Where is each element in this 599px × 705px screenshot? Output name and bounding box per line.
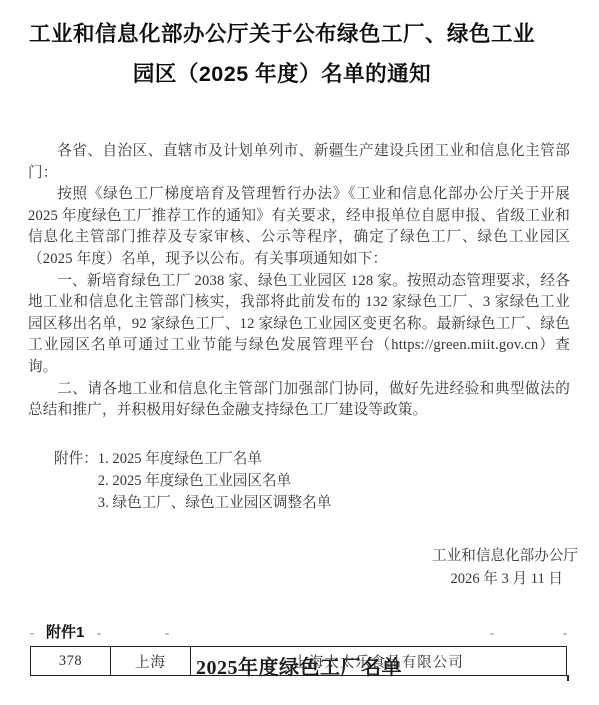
table-cell-region: 上海 <box>110 647 190 675</box>
signature-date: 2026 年 3 月 11 日 <box>28 568 578 591</box>
attachment-item-1: 1. 2025 年度绿色工厂名单 <box>98 448 332 470</box>
scan-artifact-dots <box>0 633 599 635</box>
paragraph-item-1: 一、新培育绿色工厂 2038 家、绿色工业园区 128 家。按照动态管理要求，经… <box>28 271 570 379</box>
salutation: 各省、自治区、直辖市及计划单列市、新疆生产建设兵团工业和信息化主管部门： <box>28 141 570 184</box>
table-cell-serial-number: 378 <box>30 647 110 675</box>
attachments-label: 附件： <box>54 448 98 514</box>
notice-document-page: 工业和信息化部办公厅关于公布绿色工厂、绿色工业 园区（2025 年度）名单的通知… <box>0 0 599 705</box>
signature-issuer: 工业和信息化部办公厅 <box>28 545 578 568</box>
paragraph-item-2: 二、请各地工业和信息化主管部门加强部门协同，做好先进经验和典型做法的总结和推广，… <box>28 379 570 422</box>
notice-body: 各省、自治区、直辖市及计划单列市、新疆生产建设兵团工业和信息化主管部门： 按照《… <box>28 141 570 422</box>
paragraph-intro: 按照《绿色工厂梯度培育及管理暂行办法》《工业和信息化部办公厅关于开展 2025 … <box>28 184 570 270</box>
document-title-line-1: 工业和信息化部办公厅关于公布绿色工厂、绿色工业 <box>28 14 536 54</box>
attachment-item-2: 2. 2025 年度绿色工业园区名单 <box>98 470 332 492</box>
green-factory-table: 378 上海 上海太太乐食品有限公司 <box>30 646 567 676</box>
attachment-item-3: 3. 绿色工厂、绿色工业园区调整名单 <box>98 492 332 514</box>
document-title-line-2: 园区（2025 年度）名单的通知 <box>28 54 536 94</box>
table-cell-company: 上海太太乐食品有限公司 <box>190 647 567 675</box>
appendix-label: 附件1 <box>28 621 570 642</box>
attachments-list: 附件： 1. 2025 年度绿色工厂名单 2. 2025 年度绿色工业园区名单 … <box>28 448 570 514</box>
document-title: 工业和信息化部办公厅关于公布绿色工厂、绿色工业 园区（2025 年度）名单的通知 <box>28 14 536 94</box>
signature-block: 工业和信息化部办公厅 2026 年 3 月 11 日 <box>28 545 578 591</box>
